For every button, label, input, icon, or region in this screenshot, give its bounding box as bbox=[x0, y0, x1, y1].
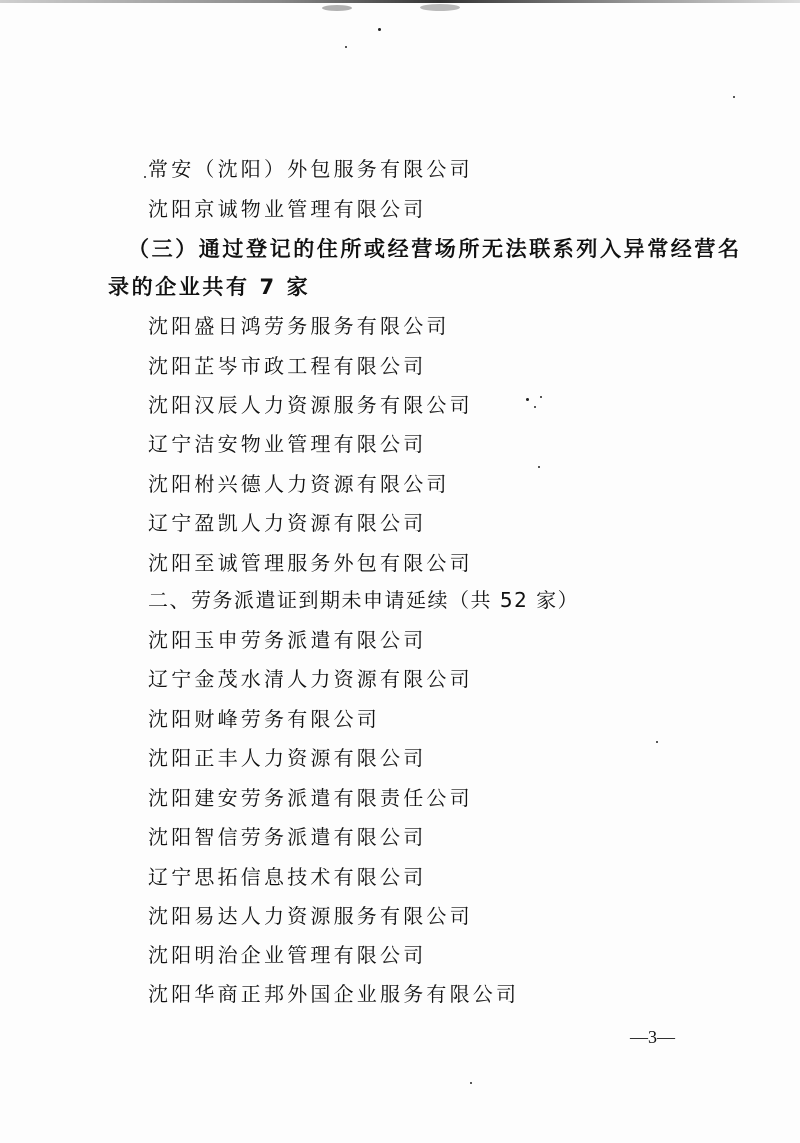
document-page: 常安（沈阳）外包服务有限公司 沈阳京诚物业管理有限公司 （三）通过登记的住所或经… bbox=[0, 0, 800, 1143]
company-list-item: 沈阳华商正邦外国企业服务有限公司 bbox=[148, 982, 519, 1006]
company-list-item: 辽宁盈凯人力资源有限公司 bbox=[148, 511, 426, 535]
scan-edge-artifact bbox=[0, 0, 800, 3]
company-list-item: 沈阳智信劳务派遣有限公司 bbox=[148, 825, 426, 849]
section-3-heading-line2: 录的企业共有 7 家 bbox=[108, 274, 310, 300]
scan-speckle bbox=[538, 466, 540, 468]
section-two-heading: 二、劳务派遣证到期未申请延续（共 52 家） bbox=[148, 588, 579, 612]
company-list-item: 沈阳玉申劳务派遣有限公司 bbox=[148, 628, 426, 652]
company-list-item: 沈阳明治企业管理有限公司 bbox=[148, 943, 426, 967]
company-list-item: 沈阳柎兴德人力资源有限公司 bbox=[148, 472, 450, 496]
company-list-item: 沈阳易达人力资源服务有限公司 bbox=[148, 904, 473, 928]
company-list-item: 沈阳建安劳务派遣有限责任公司 bbox=[148, 786, 473, 810]
scan-speckle bbox=[420, 4, 460, 11]
company-list-item: 辽宁洁安物业管理有限公司 bbox=[148, 432, 426, 456]
scan-speckle bbox=[322, 5, 352, 11]
company-list-item: 沈阳正丰人力资源有限公司 bbox=[148, 746, 426, 770]
company-list-item: 沈阳至诚管理服务外包有限公司 bbox=[148, 551, 473, 575]
company-list-item: 沈阳京诚物业管理有限公司 bbox=[148, 197, 426, 221]
section-3-heading-line1: （三）通过登记的住所或经营场所无法联系列入异常经营名 bbox=[128, 236, 742, 262]
company-list-item: 沈阳汉辰人力资源服务有限公司 bbox=[148, 393, 473, 417]
company-list-item: 常安（沈阳）外包服务有限公司 bbox=[148, 157, 473, 181]
company-list-item: 沈阳财峰劳务有限公司 bbox=[148, 707, 380, 731]
scan-speckle bbox=[540, 396, 542, 398]
company-list-item: 沈阳盛日鸿劳务服务有限公司 bbox=[148, 314, 450, 338]
scan-speckle bbox=[526, 398, 529, 401]
scan-speckle bbox=[534, 406, 536, 408]
page-number: —3— bbox=[630, 1027, 675, 1048]
scan-speckle bbox=[144, 176, 146, 178]
scan-speckle bbox=[733, 96, 735, 98]
company-list-item: 沈阳芷岑市政工程有限公司 bbox=[148, 354, 426, 378]
scan-speckle bbox=[470, 1082, 472, 1084]
company-list-item: 辽宁思拓信息技术有限公司 bbox=[148, 865, 426, 889]
scan-speckle bbox=[656, 741, 658, 743]
company-list-item: 辽宁金茂水清人力资源有限公司 bbox=[148, 667, 473, 691]
scan-speckle bbox=[345, 46, 347, 48]
scan-speckle bbox=[378, 28, 381, 31]
